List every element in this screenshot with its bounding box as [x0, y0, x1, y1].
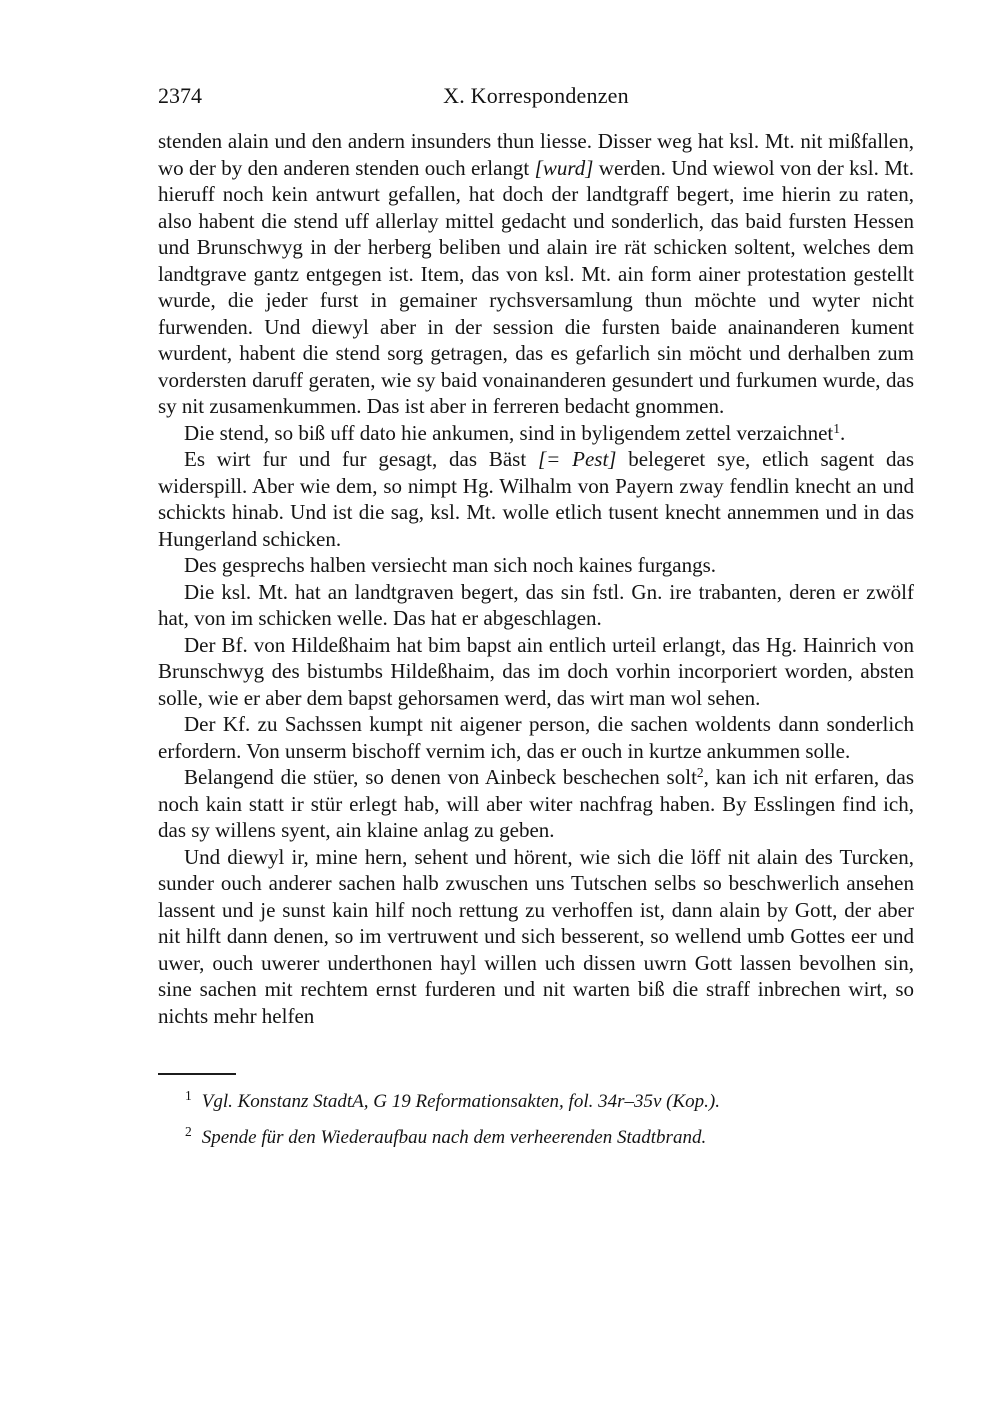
paragraph: stenden alain und den andern insunders t…: [158, 128, 914, 420]
footnote-separator-rule: [158, 1073, 236, 1075]
footnotes-section: 1Vgl. Konstanz StadtA, G 19 Reformations…: [158, 1073, 914, 1153]
paragraph: Die ksl. Mt. hat an landtgraven begert, …: [158, 579, 914, 632]
footnote: 1Vgl. Konstanz StadtA, G 19 Reformations…: [158, 1081, 914, 1117]
paragraph: Des gesprechs halben versiecht man sich …: [158, 552, 914, 579]
paragraph: Und diewyl ir, mine hern, sehent und hör…: [158, 844, 914, 1030]
footnote-reference: 2: [697, 765, 704, 780]
paragraph: Belangend die stüer, so denen von Ainbec…: [158, 764, 914, 844]
footnote-number: 1: [185, 1088, 192, 1103]
text-run: werden. Und wiewol von der ksl. Mt. hier…: [158, 156, 914, 419]
text-run: Und diewyl ir, mine hern, sehent und hör…: [158, 845, 914, 1028]
text-run: Es wirt fur und fur gesagt, das Bäst: [184, 447, 538, 471]
editorial-italic-text: [wurd]: [535, 156, 594, 180]
book-page: 2374 X. Korrespondenzen stenden alain un…: [0, 0, 1004, 1418]
editorial-italic-text: [= Pest]: [538, 447, 616, 471]
text-block: 2374 X. Korrespondenzen stenden alain un…: [158, 0, 914, 1153]
paragraph: Die stend, so biß uff dato hie ankumen, …: [158, 420, 914, 447]
text-run: Die ksl. Mt. hat an landtgraven begert, …: [158, 580, 914, 631]
footnote-list: 1Vgl. Konstanz StadtA, G 19 Reformations…: [158, 1081, 914, 1153]
page-header: 2374 X. Korrespondenzen: [158, 82, 914, 112]
paragraph: Es wirt fur und fur gesagt, das Bäst [= …: [158, 446, 914, 552]
page-number: 2374: [158, 82, 202, 110]
footnote-number: 2: [185, 1124, 192, 1139]
text-run: Die stend, so biß uff dato hie ankumen, …: [184, 421, 833, 445]
footnote-text: Vgl. Konstanz StadtA, G 19 Reformationsa…: [202, 1091, 720, 1112]
text-run: Der Bf. von Hildeßhaim hat bim bapst ain…: [158, 633, 914, 710]
text-run: Belangend die stüer, so denen von Ainbec…: [184, 765, 697, 789]
paragraph: Der Kf. zu Sachssen kumpt nit aigener pe…: [158, 711, 914, 764]
footnote: 2Spende für den Wiederaufbau nach dem ve…: [158, 1117, 914, 1153]
paragraph: Der Bf. von Hildeßhaim hat bim bapst ain…: [158, 632, 914, 712]
text-run: Des gesprechs halben versiecht man sich …: [184, 553, 716, 577]
running-head-section-title: X. Korrespondenzen: [158, 82, 914, 110]
text-run: .: [840, 421, 845, 445]
text-run: Der Kf. zu Sachssen kumpt nit aigener pe…: [158, 712, 914, 763]
body-text: stenden alain und den andern insunders t…: [158, 128, 914, 1029]
footnote-text: Spende für den Wiederaufbau nach dem ver…: [202, 1127, 706, 1148]
